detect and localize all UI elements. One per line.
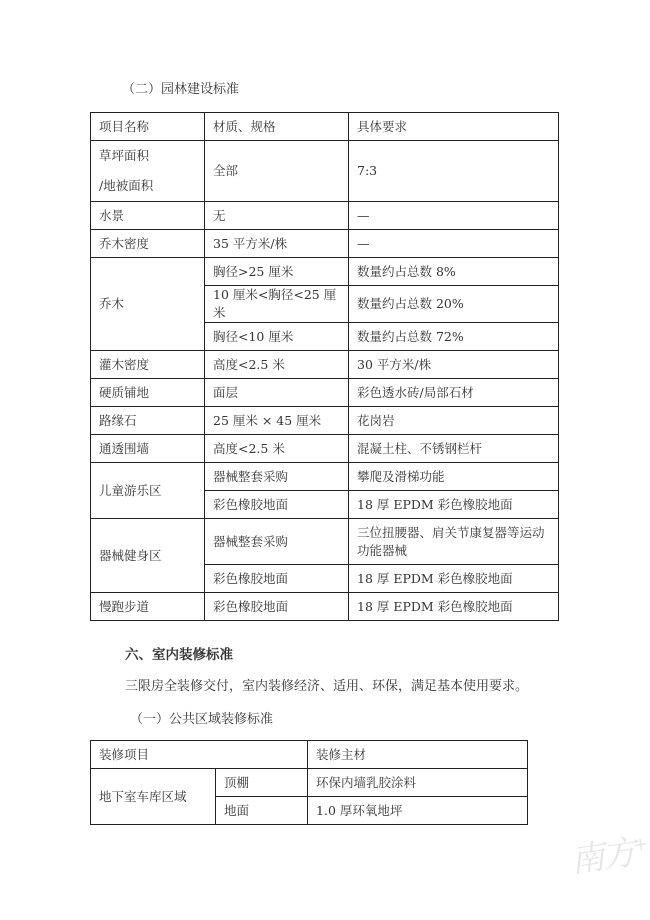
item-cell: 儿童游乐区 [91, 463, 205, 519]
item-cell: 硬质铺地 [91, 379, 205, 407]
req-cell: 18 厚 EPDM 彩色橡胶地面 [349, 593, 559, 621]
item-cell: 乔木密度 [91, 230, 205, 258]
req-cell: 三位扭腰器、肩关节康复器等运动 功能器械 [349, 519, 559, 565]
material-cell: 环保内墙乳胶涂料 [308, 769, 528, 797]
area-cell: 地下室车库区域 [91, 769, 216, 825]
req-cell: 数量约占总数 8% [349, 258, 559, 286]
item-line: 草坪面积 [99, 141, 204, 171]
req-cell: 花岗岩 [349, 407, 559, 435]
item-line: /地被面积 [99, 171, 204, 201]
table-row: 儿童游乐区 器械整套采购 攀爬及滑梯功能 [91, 463, 559, 491]
spec-cell: 10 厘米<胸径<25 厘米 [205, 286, 349, 323]
spec-cell: 彩色橡胶地面 [205, 593, 349, 621]
req-cell: 18 厚 EPDM 彩色橡胶地面 [349, 565, 559, 593]
table-row: 灌木密度 高度<2.5 米 30 平方米/株 [91, 351, 559, 379]
nanfang-logo-watermark: 南方+ [567, 823, 650, 882]
req-cell: 18 厚 EPDM 彩色橡胶地面 [349, 491, 559, 519]
garden-section-title: （二）园林建设标准 [122, 78, 239, 97]
spec-cell: 35 平方米/株 [205, 230, 349, 258]
item-cell: 草坪面积 /地被面积 [91, 141, 205, 202]
item-cell: 通透围墙 [91, 435, 205, 463]
spec-cell: 面层 [205, 379, 349, 407]
header-material-spec: 材质、规格 [205, 113, 349, 141]
interior-section-title: 六、室内装修标准 [125, 643, 233, 663]
table-header-row: 装修项目 装修主材 [91, 741, 528, 769]
item-cell: 路缘石 [91, 407, 205, 435]
spec-cell: 25 厘米 × 45 厘米 [205, 407, 349, 435]
material-cell: 1.0 厚环氧地坪 [308, 797, 528, 825]
req-cell: 攀爬及滑梯功能 [349, 463, 559, 491]
part-cell: 顶棚 [216, 769, 308, 797]
req-line: 功能器械 [357, 542, 558, 560]
table-row: 乔木 胸径>25 厘米 数量约占总数 8% [91, 258, 559, 286]
spec-cell: 器械整套采购 [205, 519, 349, 565]
item-cell: 水景 [91, 202, 205, 230]
req-cell: 混凝土柱、不锈钢栏杆 [349, 435, 559, 463]
table-row: 慢跑步道 彩色橡胶地面 18 厚 EPDM 彩色橡胶地面 [91, 593, 559, 621]
req-cell: — [349, 230, 559, 258]
table-row: 水景 无 — [91, 202, 559, 230]
table-row: 草坪面积 /地被面积 全部 7:3 [91, 141, 559, 202]
header-item-name: 项目名称 [91, 113, 205, 141]
spec-cell: 彩色橡胶地面 [205, 491, 349, 519]
table-header-row: 项目名称 材质、规格 具体要求 [91, 113, 559, 141]
item-cell: 慢跑步道 [91, 593, 205, 621]
garden-standards-table: 项目名称 材质、规格 具体要求 草坪面积 /地被面积 全部 7:3 水景 无 —… [90, 112, 559, 621]
part-cell: 地面 [216, 797, 308, 825]
table-row: 器械健身区 器械整套采购 三位扭腰器、肩关节康复器等运动 功能器械 [91, 519, 559, 565]
req-cell: — [349, 202, 559, 230]
table-row: 地下室车库区域 顶棚 环保内墙乳胶涂料 [91, 769, 528, 797]
req-cell: 彩色透水砖/局部石材 [349, 379, 559, 407]
spec-cell: 高度<2.5 米 [205, 351, 349, 379]
interior-paragraph: 三限房全装修交付，室内装修经济、适用、环保，满足基本使用要求。 [125, 675, 528, 694]
item-cell: 灌木密度 [91, 351, 205, 379]
req-line: 三位扭腰器、肩关节康复器等运动 [357, 524, 558, 542]
req-cell: 数量约占总数 72% [349, 323, 559, 351]
header-decoration-item: 装修项目 [91, 741, 308, 769]
spec-cell: 胸径<10 厘米 [205, 323, 349, 351]
watermark-text: 南方 [568, 833, 637, 882]
header-requirement: 具体要求 [349, 113, 559, 141]
public-area-table: 装修项目 装修主材 地下室车库区域 顶棚 环保内墙乳胶涂料 地面 1.0 厚环氧… [90, 740, 528, 825]
spec-cell: 高度<2.5 米 [205, 435, 349, 463]
spec-cell: 器械整套采购 [205, 463, 349, 491]
req-cell: 数量约占总数 20% [349, 286, 559, 323]
header-main-material: 装修主材 [308, 741, 528, 769]
watermark-plus: + [632, 833, 648, 856]
table-row: 路缘石 25 厘米 × 45 厘米 花岗岩 [91, 407, 559, 435]
spec-cell: 彩色橡胶地面 [205, 565, 349, 593]
spec-cell: 胸径>25 厘米 [205, 258, 349, 286]
req-cell: 30 平方米/株 [349, 351, 559, 379]
spec-cell: 无 [205, 202, 349, 230]
table-row: 硬质铺地 面层 彩色透水砖/局部石材 [91, 379, 559, 407]
spec-cell: 全部 [205, 141, 349, 202]
item-cell: 乔木 [91, 258, 205, 351]
req-cell: 7:3 [349, 141, 559, 202]
table-row: 通透围墙 高度<2.5 米 混凝土柱、不锈钢栏杆 [91, 435, 559, 463]
table-row: 乔木密度 35 平方米/株 — [91, 230, 559, 258]
item-cell: 器械健身区 [91, 519, 205, 593]
public-area-subtitle: （一）公共区域装修标准 [130, 708, 273, 727]
